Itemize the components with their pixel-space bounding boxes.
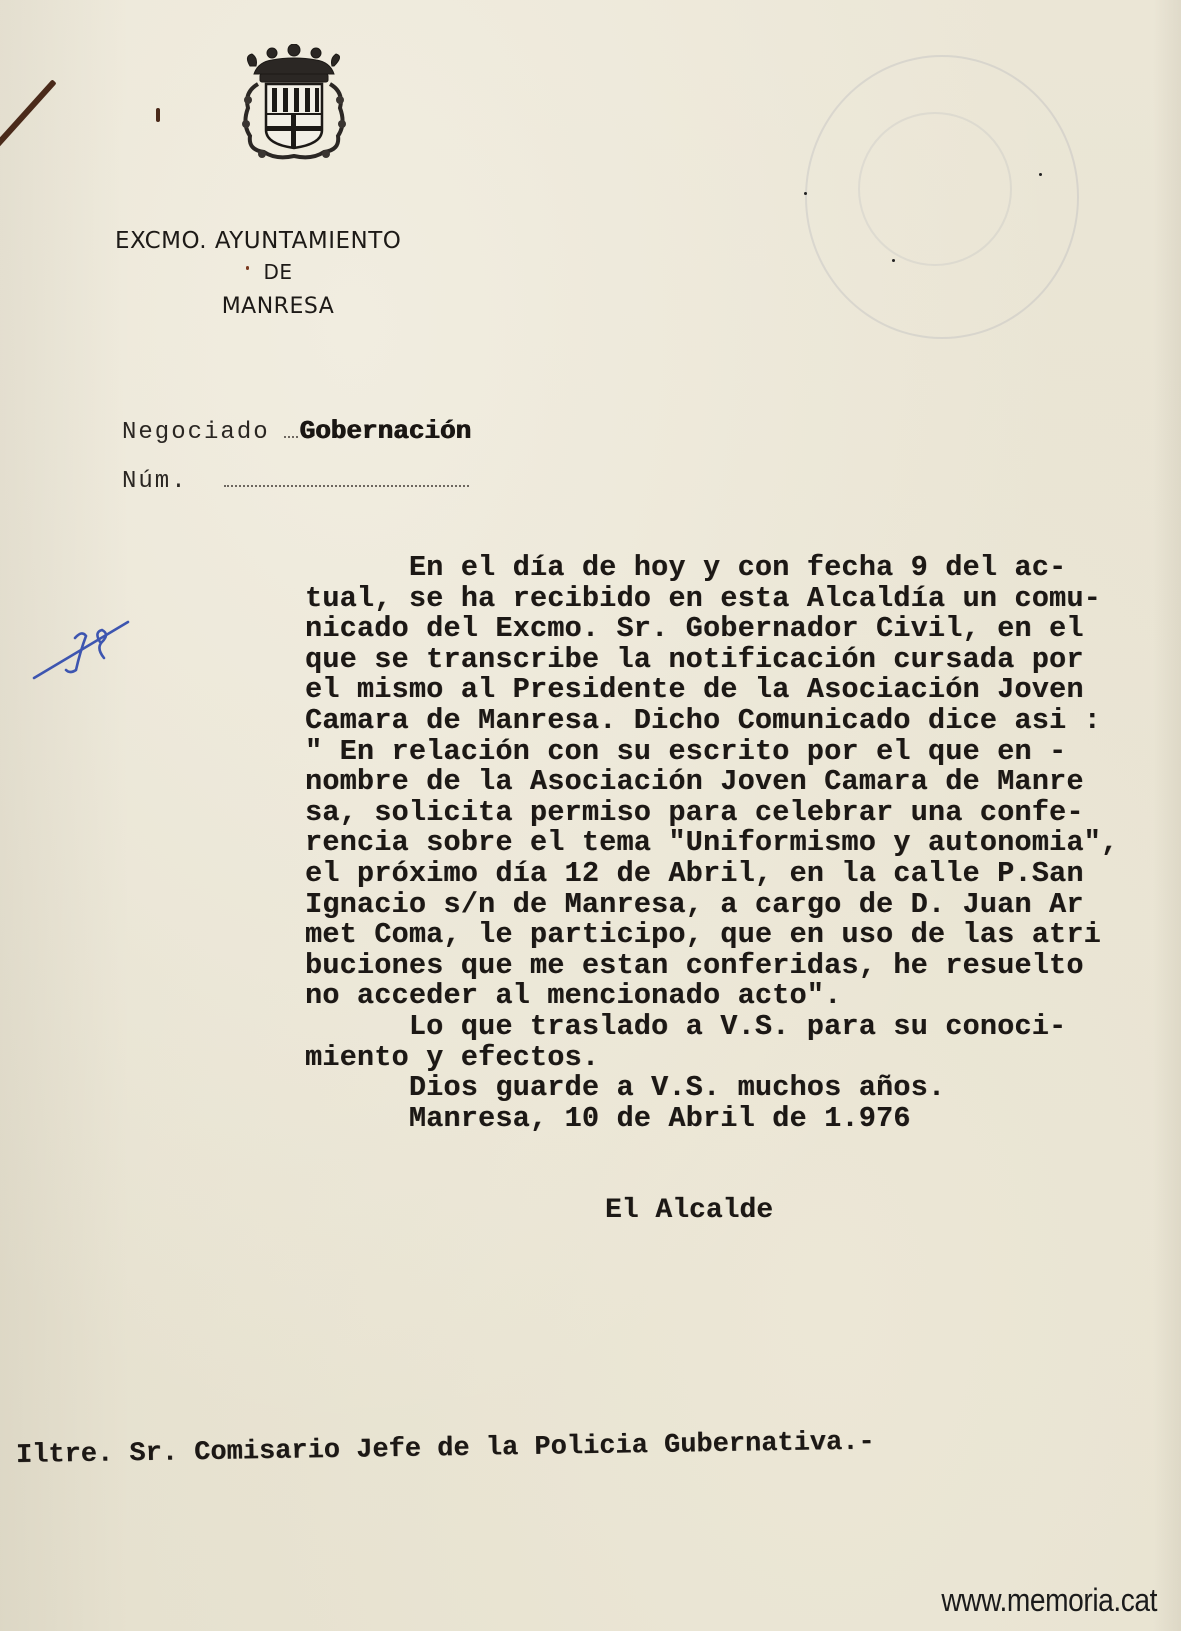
- body-line: Manresa, 10 de Abril de 1.976: [305, 1104, 1145, 1135]
- negociado-label: Negociado: [122, 419, 270, 446]
- body-line: el próximo día 12 de Abril, en la calle …: [305, 859, 1145, 890]
- paper-fold-shadow: [0, 0, 130, 1631]
- recipient-line: Iltre. Sr. Comisario Jefe de la Policia …: [16, 1428, 875, 1471]
- body-line: nicado del Excmo. Sr. Gobernador Civil, …: [305, 614, 1145, 645]
- body-line: Camara de Manresa. Dicho Comunicado dice…: [305, 706, 1145, 737]
- negociado-value: Gobernación: [300, 416, 472, 446]
- ink-speck: [804, 192, 807, 195]
- body-line: que se transcribe la notificación cursad…: [305, 645, 1145, 676]
- body-line: nombre de la Asociación Joven Camara de …: [305, 767, 1145, 798]
- body-line: buciones que me estan conferidas, he res…: [305, 951, 1145, 982]
- num-label: Núm.: [122, 468, 188, 495]
- body-line: " En relación con su escrito por el que …: [305, 737, 1145, 768]
- signature-title: El Alcalde: [605, 1195, 773, 1226]
- ink-speck: [1039, 173, 1042, 176]
- body-line: Dios guarde a V.S. muchos años.: [305, 1073, 1145, 1104]
- negociado-field: NegociadoGobernación: [122, 416, 471, 446]
- ink-speck: [892, 259, 895, 262]
- letterhead-title: EXCMO. AYUNTAMIENTO: [115, 228, 475, 254]
- letterhead-de: DE: [163, 260, 393, 284]
- ink-dot-mark: [156, 108, 160, 122]
- body-line: miento y efectos.: [305, 1043, 1145, 1074]
- watermark-url: www.memoria.cat: [941, 1582, 1157, 1619]
- body-line: tual, se ha recibido en esta Alcaldía un…: [305, 584, 1145, 615]
- body-line: sa, solicita permiso para celebrar una c…: [305, 798, 1145, 829]
- letter-body: En el día de hoy y con fecha 9 del ac- t…: [305, 553, 1145, 1134]
- manresa-coat-of-arms-icon: [236, 44, 352, 162]
- num-field: Núm.: [122, 468, 469, 495]
- letterhead: EXCMO. AYUNTAMIENTO DE MANRESA: [115, 228, 475, 319]
- body-line: met Coma, le participo, que en uso de la…: [305, 920, 1145, 951]
- body-line: Lo que traslado a V.S. para su conoci-: [305, 1012, 1145, 1043]
- handwritten-initials-mark: [30, 612, 140, 682]
- body-line: no acceder al mencionado acto".: [305, 981, 1145, 1012]
- dotted-line: [284, 436, 298, 438]
- paper-edge-shadow: [1153, 0, 1181, 1631]
- faded-stamp-inner-ring: [858, 112, 1012, 266]
- num-value-dotted-line: [224, 471, 469, 487]
- letterhead-city: MANRESA: [163, 294, 393, 319]
- body-line: el mismo al Presidente de la Asociación …: [305, 675, 1145, 706]
- body-line: rencia sobre el tema "Uniformismo y auto…: [305, 828, 1145, 859]
- body-line: Ignacio s/n de Manresa, a cargo de D. Ju…: [305, 890, 1145, 921]
- body-line: En el día de hoy y con fecha 9 del ac-: [305, 553, 1145, 584]
